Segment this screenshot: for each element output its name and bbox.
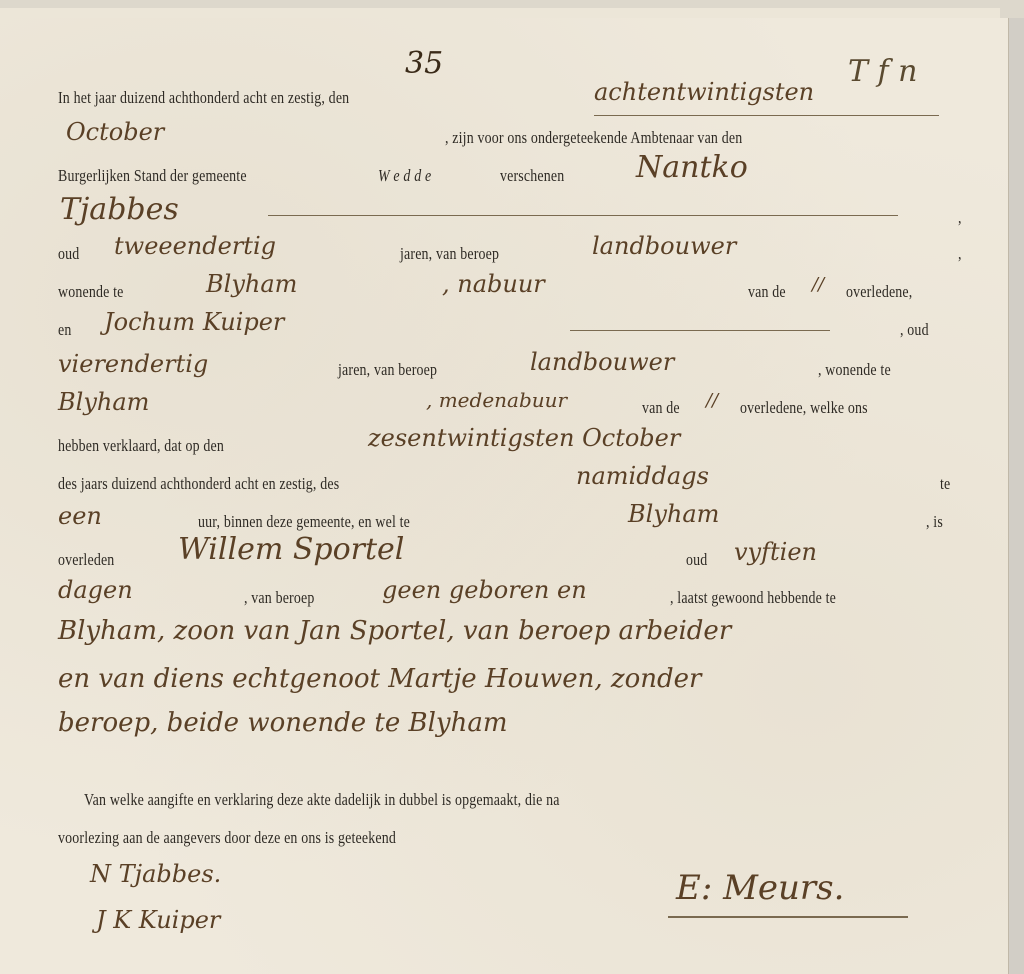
handwritten-deceased-occupation: geen geboren en [382,576,587,604]
fill-line [570,330,830,331]
printed-text: en [58,320,71,340]
handwritten-age: vierendertig [58,350,208,378]
handwritten-time-of-day: namiddags [576,462,709,490]
page-edge [1008,18,1024,974]
handwritten-residence: Blyham [58,388,149,416]
printed-text: overleden [58,550,114,570]
printed-text: des jaars duizend achthonderd acht en ze… [58,474,339,494]
printed-text: , wonende te [818,360,891,380]
printed-text: In het jaar duizend achthonderd acht en … [58,88,349,108]
handwritten-residence: Blyham [206,270,297,298]
handwritten-occupation: landbouwer [592,232,736,260]
signature-witness-2: J K Kuiper [96,906,220,934]
printed-text: , laatst gewoond hebbende te [670,588,836,608]
signature-witness-1: N Tjabbes. [90,860,221,888]
handwritten-parents-line-3: beroep, beide wonende te Blyham [58,708,508,738]
handwritten-deceased-age: vyftien [734,538,817,566]
printed-text: oud [58,244,79,264]
printed-text: te [940,474,950,494]
handwritten-place-of-death: Blyham [628,500,719,528]
handwritten-deceased-name: Willem Sportel [178,532,404,567]
margin-reference: T f n [848,54,918,89]
printed-text: van de [748,282,786,302]
document-page: 35 T f n In het jaar duizend achthonderd… [0,18,1008,974]
signature-underline [668,916,908,918]
handwritten-hour: een [58,502,102,530]
fill-line [594,115,939,116]
printed-text: jaren, van beroep [400,244,499,264]
closing-line-2: voorlezing aan de aangevers door deze en… [58,828,396,848]
record-number: 35 [405,46,443,81]
handwritten-mark: // [706,390,718,411]
municipality-name: W e d d e [378,166,431,186]
printed-text: hebben verklaard, dat op den [58,436,224,456]
printed-text: , [958,244,962,264]
handwritten-parents-line-1: Blyham, zoon van Jan Sportel, van beroep… [58,616,731,646]
handwritten-declarant-1-surname: Tjabbes [60,192,179,227]
printed-text: oud [686,550,707,570]
handwritten-relation: , nabuur [442,270,545,298]
printed-text: verschenen [500,166,564,186]
handwritten-date-month: October [66,118,164,146]
printed-text: wonende te [58,282,124,302]
printed-text: jaren, van beroep [338,360,437,380]
printed-text: , [958,208,962,228]
handwritten-mark: // [812,274,824,295]
printed-text: , van beroep [244,588,314,608]
fill-line [268,215,898,216]
handwritten-occupation: landbouwer [530,348,674,376]
handwritten-relation: , medenabuur [426,388,567,412]
printed-text: van de [642,398,680,418]
printed-text: uur, binnen deze gemeente, en wel te [198,512,410,532]
printed-text: overledene, [846,282,912,302]
printed-text: Burgerlijken Stand der gemeente [58,166,247,186]
printed-text: , is [926,512,943,532]
signature-official: E: Meurs. [676,868,844,908]
printed-text: overledene, welke ons [740,398,868,418]
handwritten-death-date: zesentwintigsten October [368,424,680,452]
handwritten-declarant-2-name: Jochum Kuiper [104,308,284,336]
printed-text: , zijn voor ons ondergeteekende Ambtenaa… [445,128,742,148]
handwritten-age: tweeendertig [114,232,276,260]
handwritten-date-day: achtentwintigsten [594,78,814,106]
closing-line-1: Van welke aangifte en verklaring deze ak… [84,790,560,810]
printed-text: , oud [900,320,929,340]
handwritten-age-unit: dagen [58,576,133,604]
handwritten-declarant-1-first-name: Nantko [636,150,748,185]
handwritten-parents-line-2: en van diens echtgenoot Martje Houwen, z… [58,664,702,694]
